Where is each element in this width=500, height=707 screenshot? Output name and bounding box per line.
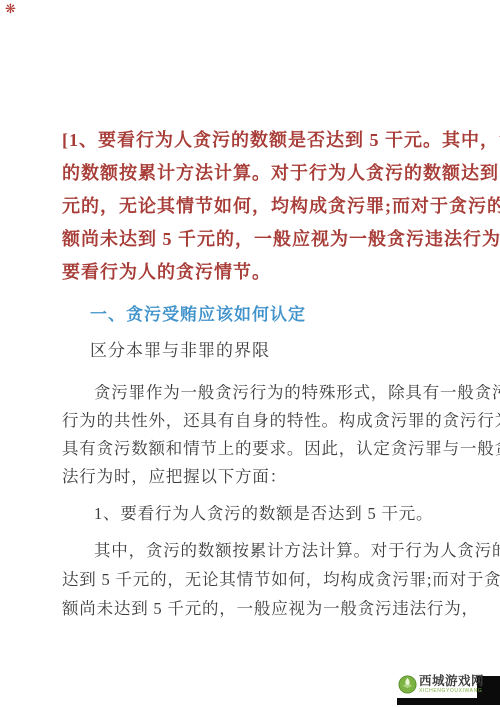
text-line: 的数额按累计方法计算。对于行为人贪污的数额达到 5 千 xyxy=(62,157,500,190)
text-line: 额尚未达到 5 千元的，一般应视为一般贪污违法行为， xyxy=(62,594,500,623)
text-line: 元的，无论其情节如何，均构成贪污罪;而对于贪污的数 xyxy=(62,190,500,223)
text-line: 达到 5 千元的，无论其情节如何，均构成贪污罪;而对于贪污的数 xyxy=(62,565,500,594)
section-heading-link[interactable]: 一、贪污受贿应该如何认定 xyxy=(90,303,306,327)
article-page: ❋ [1、要看行为人贪污的数额是否达到 5 干元。其中，贪污 的数额按累计方法计… xyxy=(0,0,500,707)
body-paragraph-1: 贪污罪作为一般贪污行为的特殊形式，除具有一般贪污违法 行为的共性外，还具有自身的… xyxy=(62,379,500,491)
highlighted-summary-paragraph: [1、要看行为人贪污的数额是否达到 5 干元。其中，贪污 的数额按累计方法计算。… xyxy=(62,124,500,289)
site-watermark-text: 西城游戏网 XICHENGYOUXIWANG xyxy=(419,675,484,694)
text-line: 要看行为人的贪污情节。 xyxy=(62,256,500,289)
site-name: 西城游戏网 xyxy=(419,675,484,688)
text-line: [1、要看行为人贪污的数额是否达到 5 干元。其中，贪污 xyxy=(62,124,500,157)
site-watermark: 西城游戏网 XICHENGYOUXIWANG xyxy=(396,671,477,698)
text-line: 其中，贪污的数额按累计方法计算。对于行为人贪污的数额 xyxy=(62,536,500,565)
corner-ornament-icon: ❋ xyxy=(5,3,16,16)
subheading: 区分本罪与非罪的界限 xyxy=(90,339,270,363)
text-line: 额尚未达到 5 千元的，一般应视为一般贪污违法行为，2、 xyxy=(62,223,500,256)
text-line: 贪污罪作为一般贪污行为的特殊形式，除具有一般贪污违法 xyxy=(62,379,500,407)
list-item-1: 1、要看行为人贪污的数额是否达到 5 干元。 xyxy=(62,500,433,528)
site-tagline: XICHENGYOUXIWANG xyxy=(419,689,484,694)
text-line: 具有贪污数额和情节上的要求。因此，认定贪污罪与一般贪污违 xyxy=(62,435,500,463)
site-logo-icon xyxy=(398,675,417,694)
text-line: 法行为时，应把握以下方面： xyxy=(62,463,500,491)
body-paragraph-2: 其中，贪污的数额按累计方法计算。对于行为人贪污的数额 达到 5 千元的，无论其情… xyxy=(62,536,500,623)
text-line: 1、要看行为人贪污的数额是否达到 5 干元。 xyxy=(62,500,433,528)
text-line: 行为的共性外，还具有自身的特性。构成贪污罪的贪污行为，还 xyxy=(62,407,500,435)
